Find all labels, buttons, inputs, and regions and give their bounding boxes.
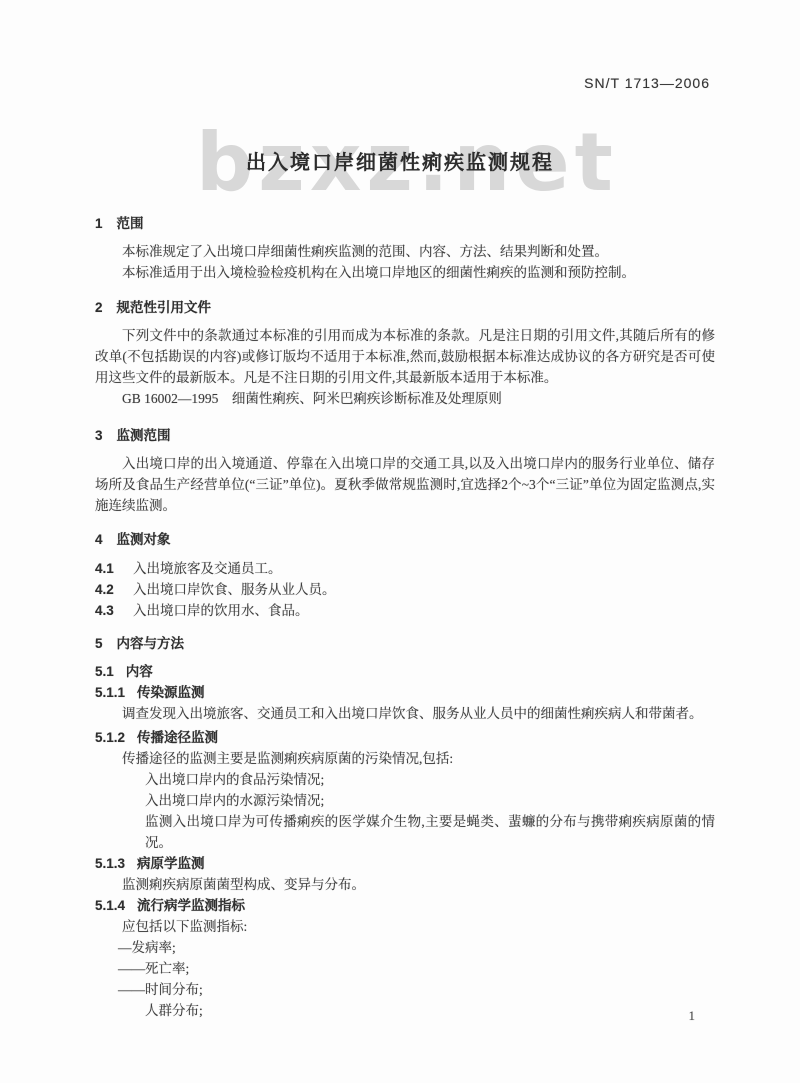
section-5-1-4-number: 5.1.4 bbox=[95, 898, 125, 913]
clause-4-3: 4.3 入出境口岸的饮用水、食品。 bbox=[95, 600, 715, 621]
section-5-1-3-number: 5.1.3 bbox=[95, 856, 125, 871]
section-3-number: 3 bbox=[95, 428, 103, 443]
section-5-1-number: 5.1 bbox=[95, 664, 114, 679]
section-5-1-1-heading: 5.1.1传染源监测 bbox=[95, 682, 715, 703]
normative-reference: GB 16002—1995 细菌性痢疾、阿米巴痢疾诊断标准及处理原则 bbox=[95, 388, 715, 409]
section-2-title: 规范性引用文件 bbox=[117, 300, 212, 315]
clause-number: 4.1 bbox=[95, 558, 133, 579]
clause-text: 入出境旅客及交通员工。 bbox=[133, 558, 282, 579]
indicator-item: ——死亡率; bbox=[95, 958, 715, 979]
section-4-number: 4 bbox=[95, 532, 103, 547]
indicator-item: —发病率; bbox=[95, 937, 715, 958]
section-2-number: 2 bbox=[95, 300, 103, 315]
section-5-1-2-title: 传播途径监测 bbox=[137, 730, 218, 745]
section-5-1-3-heading: 5.1.3病原学监测 bbox=[95, 853, 715, 874]
document-page: bzxz.net SN/T 1713—2006 出入境口岸细菌性痢疾监测规程 1… bbox=[0, 0, 800, 1083]
section-5-1-2-number: 5.1.2 bbox=[95, 730, 125, 745]
section-4-title: 监测对象 bbox=[117, 532, 171, 547]
clause-number: 4.2 bbox=[95, 579, 133, 600]
section-5-title: 内容与方法 bbox=[117, 636, 185, 651]
clause-text: 入出境口岸的饮用水、食品。 bbox=[133, 600, 309, 621]
document-body: 1范围 本标准规定了入出境口岸细菌性痢疾监测的范围、内容、方法、结果判断和处置。… bbox=[95, 205, 715, 1021]
clause-number: 4.3 bbox=[95, 600, 133, 621]
monitoring-item: 入出境口岸内的食品污染情况; bbox=[95, 769, 715, 790]
section-1-paragraph: 本标准规定了入出境口岸细菌性痢疾监测的范围、内容、方法、结果判断和处置。 bbox=[95, 241, 715, 262]
clause-4-2: 4.2 入出境口岸饮食、服务从业人员。 bbox=[95, 579, 715, 600]
section-5-1-4-lead: 应包括以下监测指标: bbox=[95, 916, 715, 937]
section-5-1-heading: 5.1内容 bbox=[95, 661, 715, 682]
monitoring-item: 监测入出境口岸为可传播痢疾的医学媒介生物,主要是蝇类、蜚蠊的分布与携带痢疾病原菌… bbox=[95, 811, 715, 853]
section-5-1-4-title: 流行病学监测指标 bbox=[137, 898, 245, 913]
monitoring-item: 入出境口岸内的水源污染情况; bbox=[95, 790, 715, 811]
section-5-1-1-number: 5.1.1 bbox=[95, 685, 125, 700]
section-5-1-title: 内容 bbox=[126, 664, 153, 679]
indicator-item: 人群分布; bbox=[95, 1000, 715, 1021]
section-5-1-2-heading: 5.1.2传播途径监测 bbox=[95, 727, 715, 748]
section-3-paragraph: 入出境口岸的出入境通道、停靠在入出境口岸的交通工具,以及入出境口岸内的服务行业单… bbox=[95, 453, 715, 516]
section-5-1-3-title: 病原学监测 bbox=[137, 856, 205, 871]
section-5-1-1-title: 传染源监测 bbox=[137, 685, 205, 700]
section-2-heading: 2规范性引用文件 bbox=[95, 297, 715, 318]
section-1-number: 1 bbox=[95, 216, 103, 231]
section-5-1-1-paragraph: 调查发现入出境旅客、交通员工和入出境口岸饮食、服务从业人员中的细菌性痢疾病人和带… bbox=[95, 703, 715, 724]
section-3-title: 监测范围 bbox=[117, 428, 171, 443]
clause-text: 入出境口岸饮食、服务从业人员。 bbox=[133, 579, 336, 600]
section-1-title: 范围 bbox=[117, 216, 144, 231]
indicator-item: ——时间分布; bbox=[95, 979, 715, 1000]
section-5-1-2-lead: 传播途径的监测主要是监测痢疾病原菌的污染情况,包括: bbox=[95, 748, 715, 769]
section-5-1-3-paragraph: 监测痢疾病原菌菌型构成、变异与分布。 bbox=[95, 874, 715, 895]
clause-4-1: 4.1 入出境旅客及交通员工。 bbox=[95, 558, 715, 579]
section-2-paragraph: 下列文件中的条款通过本标准的引用而成为本标准的条款。凡是注日期的引用文件,其随后… bbox=[95, 325, 715, 388]
standard-number: SN/T 1713—2006 bbox=[584, 75, 710, 91]
section-1-paragraph: 本标准适用于出入境检验检疫机构在入出境口岸地区的细菌性痢疾的监测和预防控制。 bbox=[95, 262, 715, 283]
section-5-number: 5 bbox=[95, 636, 103, 651]
section-5-1-4-heading: 5.1.4流行病学监测指标 bbox=[95, 895, 715, 916]
section-3-heading: 3监测范围 bbox=[95, 425, 715, 446]
section-5-heading: 5内容与方法 bbox=[95, 633, 715, 654]
section-1-heading: 1范围 bbox=[95, 213, 715, 234]
section-4-heading: 4监测对象 bbox=[95, 529, 715, 550]
document-title: 出入境口岸细菌性痢疾监测规程 bbox=[0, 146, 800, 175]
